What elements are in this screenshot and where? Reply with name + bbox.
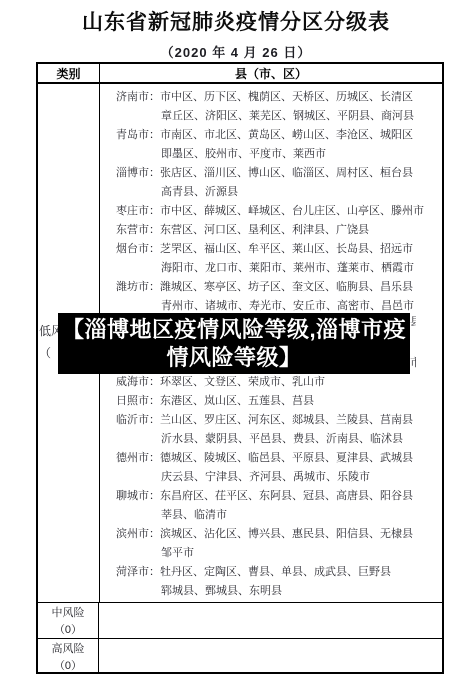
county-line: 菏泽市：牡丹区、定陶区、曹县、单县、成武县、巨野县 bbox=[116, 563, 442, 582]
county-line: 日照市：东港区、岚山区、五莲县、莒县 bbox=[116, 392, 442, 411]
county-line: 聊城市：东昌府区、茌平区、东阿县、冠县、高唐县、阳谷县 bbox=[116, 487, 442, 506]
caption-line: 【淄博地区疫情风险等级,淄博市疫 bbox=[58, 316, 410, 344]
county-line: 临沂市：兰山区、罗庄区、河东区、郯城县、兰陵县、莒南县 bbox=[116, 411, 442, 430]
covered-text-fragment: 县 bbox=[410, 315, 416, 329]
county-line: 庆云县、宁津县、齐河县、禹城市、乐陵市 bbox=[161, 468, 442, 487]
county-line: 海阳市、龙口市、莱阳市、莱州市、蓬莱市、栖霞市 bbox=[161, 259, 442, 278]
date-subtitle: （2020 年 4 月 26 日） bbox=[0, 42, 472, 61]
mid-risk-counties-cell bbox=[99, 603, 442, 638]
header-category: 类别 bbox=[38, 64, 100, 82]
county-line: 章丘区、济阳区、莱芜区、钢城区、平阴县、商河县 bbox=[161, 107, 442, 126]
county-line: 青岛市：市南区、市北区、黄岛区、崂山区、李沧区、城阳区 bbox=[116, 126, 442, 145]
city-label: 威海市： bbox=[116, 376, 160, 388]
city-label: 临沂市： bbox=[116, 414, 160, 426]
high-risk-row: 高风险 （0） bbox=[38, 639, 442, 672]
covered-text-fragment: 市 bbox=[410, 356, 416, 370]
county-line: 沂水县、蒙阴县、平邑县、费县、沂南县、临沭县 bbox=[161, 430, 442, 449]
city-label: 菏泽市： bbox=[116, 566, 160, 578]
county-line: 即墨区、胶州市、平度市、莱西市 bbox=[161, 145, 442, 164]
low-risk-lines-before: 济南市：市中区、历下区、槐荫区、天桥区、历城区、长清区章丘区、济阳区、莱芜区、钢… bbox=[116, 88, 442, 316]
city-label: 潍坊市： bbox=[116, 281, 160, 293]
city-label: 日照市： bbox=[116, 395, 160, 407]
low-risk-lines-after: 威海市：环翠区、文登区、荣成市、乳山市日照市：东港区、岚山区、五莲县、莒县临沂市… bbox=[116, 373, 442, 601]
county-line: 枣庄市：市中区、薛城区、峄城区、台儿庄区、山亭区、滕州市 bbox=[116, 202, 442, 221]
county-line: 济南市：市中区、历下区、槐荫区、天桥区、历城区、长清区 bbox=[116, 88, 442, 107]
county-line: 东营市：东营区、河口区、垦利区、利津县、广饶县 bbox=[116, 221, 442, 240]
county-line: 高青县、沂源县 bbox=[161, 183, 442, 202]
county-line: 潍坊市：潍城区、寒亭区、坊子区、奎文区、临朐县、昌乐县 bbox=[116, 278, 442, 297]
city-label: 枣庄市： bbox=[116, 205, 160, 217]
table-header-row: 类别 县（市、区） bbox=[38, 64, 442, 84]
caption-line: 情风险等级】 bbox=[58, 344, 410, 372]
county-line: 邹平市 bbox=[161, 544, 442, 563]
county-line: 滨州市：滨城区、沾化区、博兴县、惠民县、阳信县、无棣县 bbox=[116, 525, 442, 544]
header-counties: 县（市、区） bbox=[100, 64, 442, 82]
city-label: 聊城市： bbox=[116, 490, 160, 502]
city-label: 济南市： bbox=[116, 91, 160, 103]
high-risk-label: 高风险 （0） bbox=[38, 639, 99, 672]
high-risk-counties-cell bbox=[99, 639, 442, 672]
page-title: 山东省新冠肺炎疫情分区分级表 bbox=[0, 6, 472, 36]
county-line: 威海市：环翠区、文登区、荣成市、乳山市 bbox=[116, 373, 442, 392]
city-label: 淄博市： bbox=[116, 167, 160, 179]
county-line: 烟台市：芝罘区、福山区、牟平区、莱山区、长岛县、招远市 bbox=[116, 240, 442, 259]
county-line: 郓城县、鄄城县、东明县 bbox=[161, 582, 442, 601]
caption-overlay-banner: 【淄博地区疫情风险等级,淄博市疫 情风险等级】 bbox=[58, 313, 410, 374]
county-line: 莘县、临清市 bbox=[161, 506, 442, 525]
county-line: 德州市：德城区、陵城区、临邑县、平原县、夏津县、武城县 bbox=[116, 449, 442, 468]
city-label: 烟台市： bbox=[116, 243, 160, 255]
county-line: 淄博市：张店区、淄川区、博山区、临淄区、周村区、桓台县 bbox=[116, 164, 442, 183]
mid-risk-label: 中风险 （0） bbox=[38, 603, 99, 638]
city-label: 德州市： bbox=[116, 452, 160, 464]
mid-risk-row: 中风险 （0） bbox=[38, 603, 442, 639]
city-label: 滨州市： bbox=[116, 528, 160, 540]
city-label: 东营市： bbox=[116, 224, 160, 236]
city-label: 青岛市： bbox=[116, 129, 160, 141]
